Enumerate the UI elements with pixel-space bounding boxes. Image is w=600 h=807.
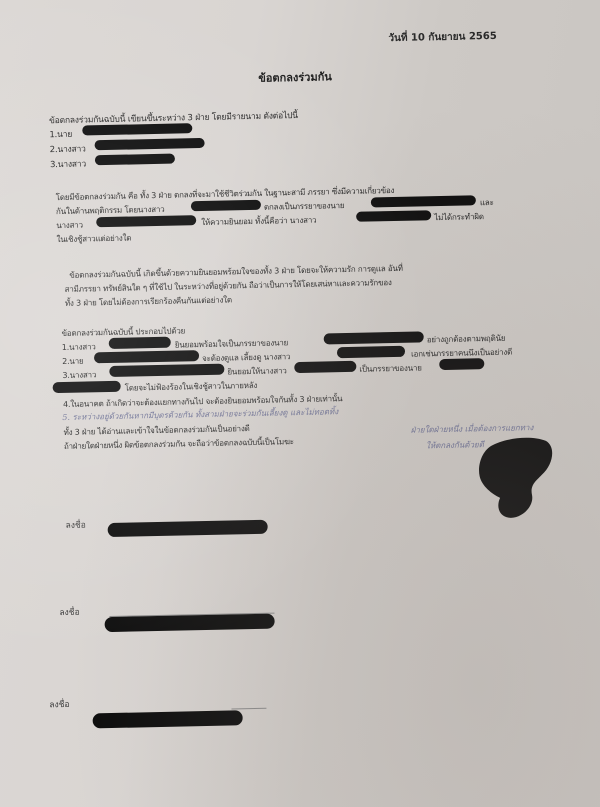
signature-label-2: ลงชื่อ xyxy=(59,605,80,619)
paragraph1-line4: ในเชิงชู้สาวแต่อย่างใด xyxy=(56,231,131,246)
clause-3-cont: โดยจะไม่ฟ้องร้องในเชิงชู้สาวในภายหลัง xyxy=(125,379,258,395)
document-title: ข้อตกลงร่วมกัน xyxy=(258,67,332,87)
agreement-document: วันที่ 10 กันยายน 2565 ข้อตกลงร่วมกัน ข้… xyxy=(0,0,600,807)
clause-1-prefix: 1.นางสาว xyxy=(62,340,96,354)
handwritten-note-2: ฝ่ายใดฝ่ายหนึ่ง เมื่อต้องการแยกทาง xyxy=(411,421,534,437)
redaction-bar xyxy=(324,331,424,344)
redaction-bar xyxy=(95,154,175,166)
paragraph1-line3a: นางสาว xyxy=(56,219,83,233)
signature-label-1: ลงชื่อ xyxy=(65,518,86,532)
clause-2-prefix: 2.นาย xyxy=(62,355,84,368)
redaction-bar xyxy=(95,138,205,150)
redaction-bar xyxy=(109,364,224,377)
paragraph1-line3c: ไม่ได้กระทำผิด xyxy=(434,210,484,224)
signature-line xyxy=(231,708,266,710)
paragraph1-line3b: ให้ความยินยอม ทั้งนี้คือว่า นางสาว xyxy=(201,214,316,229)
paragraph2-line3: ทั้ง 3 ฝ่าย โดยไม่ต้องการเรียกร้องคืนกัน… xyxy=(65,293,232,309)
redaction-bar xyxy=(294,361,356,373)
paragraph1-line2b: ตกลงเป็นภรรยาของนาย xyxy=(264,199,345,214)
signature-redaction-1 xyxy=(108,520,268,537)
party-1-label: 1.นาย xyxy=(49,127,72,141)
paragraph1-line2c: และ xyxy=(480,196,494,209)
redaction-bar xyxy=(94,350,199,363)
signature-redaction-3 xyxy=(93,710,243,728)
redaction-bar xyxy=(356,210,431,222)
clause-1-end: อย่างถูกต้องตามพฤตินัย xyxy=(427,332,506,347)
redaction-bar xyxy=(82,123,192,135)
redaction-bar xyxy=(337,346,405,358)
redaction-bar xyxy=(53,381,121,393)
party-2-label: 2.นางสาว xyxy=(50,141,86,156)
clause-3-prefix: 3.นางสาว xyxy=(62,368,96,382)
document-date: วันที่ 10 กันยายน 2565 xyxy=(388,29,497,46)
clause-3-end: เป็นภรรยาของนาย xyxy=(359,361,422,375)
redaction-bar xyxy=(96,215,196,227)
clause-3-mid: ยินยอมให้นางสาว xyxy=(227,364,287,378)
redaction-bar xyxy=(371,195,476,207)
signature-redaction-2 xyxy=(105,614,275,633)
party-3-label: 3.นางสาว xyxy=(50,156,86,171)
redaction-bar xyxy=(109,337,171,349)
redaction-bar xyxy=(439,358,484,370)
signature-label-3: ลงชื่อ xyxy=(49,697,70,711)
redaction-blob xyxy=(471,435,563,527)
redaction-bar xyxy=(191,200,261,211)
